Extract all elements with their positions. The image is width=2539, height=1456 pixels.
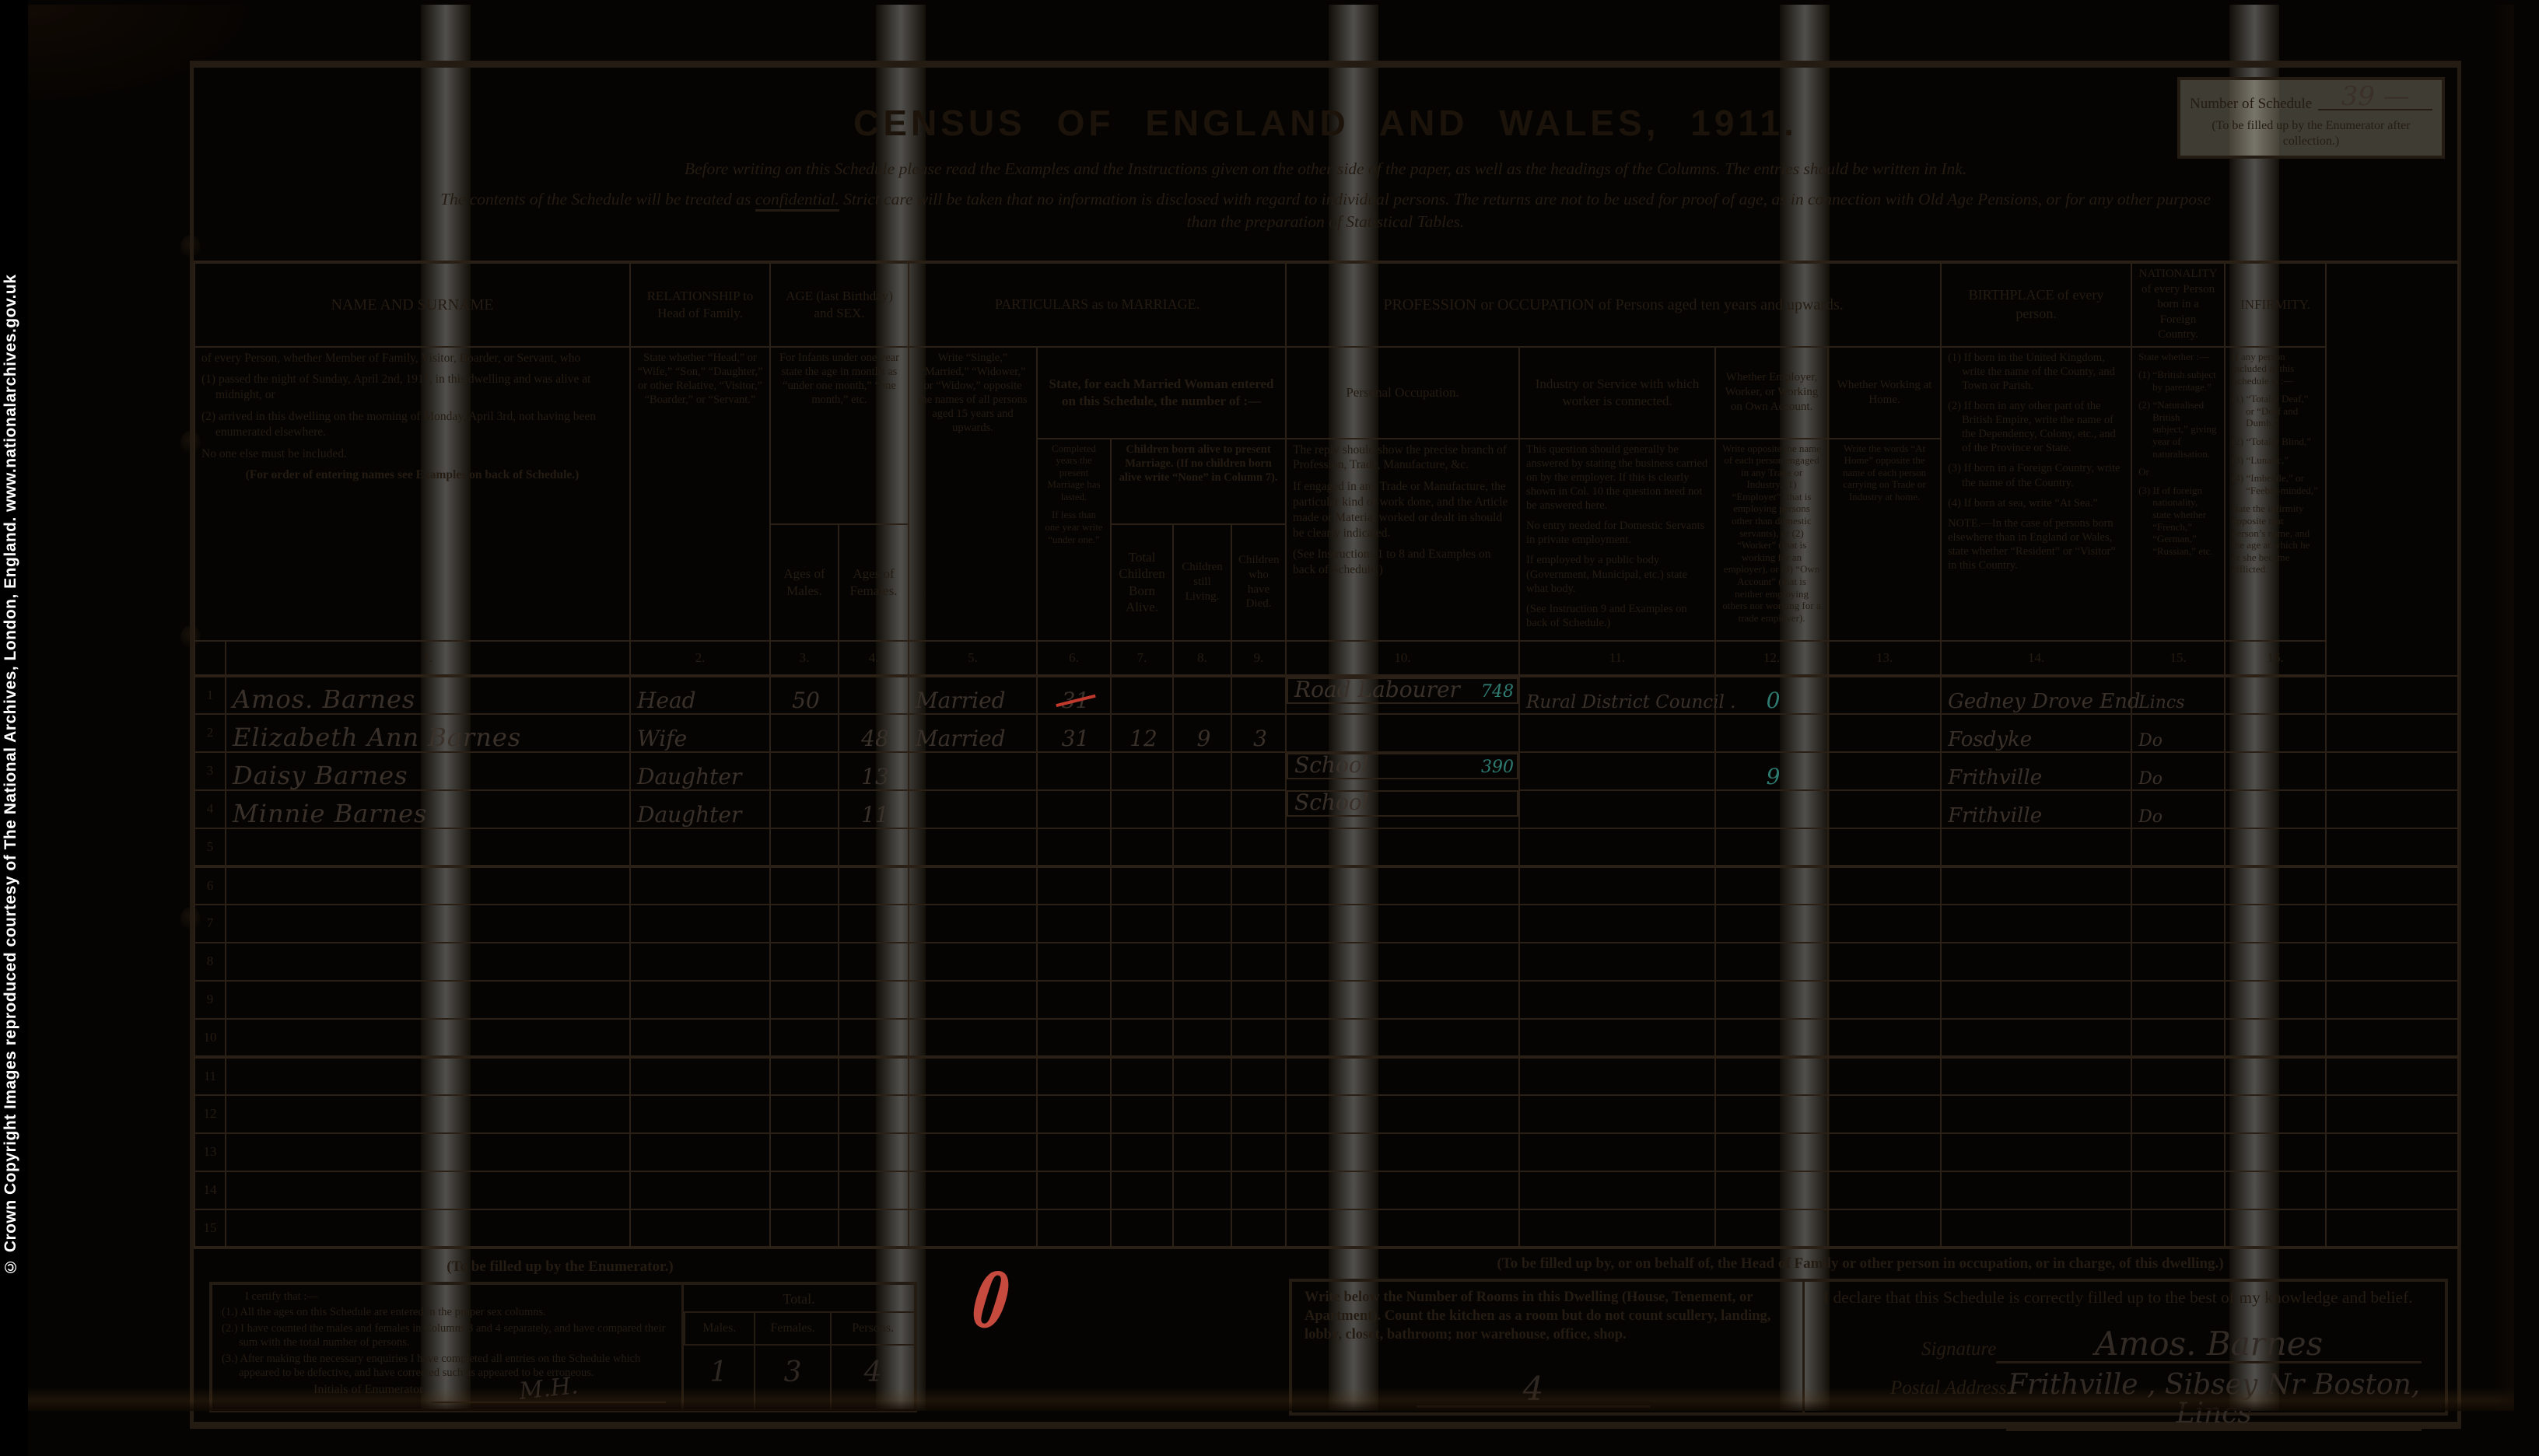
marriage-years-cell (1037, 790, 1111, 828)
initials-line: Initials of Enumerator M.H. (313, 1371, 666, 1402)
children-died-cell (1231, 981, 1286, 1019)
row-number: 15 (194, 1209, 226, 1248)
colnum-1: 1. (226, 641, 630, 676)
total-males-label: Males. (684, 1313, 754, 1346)
marriage-years-cell (1037, 905, 1111, 943)
margin-cell (2326, 1171, 2458, 1209)
birthplace-cell (1941, 905, 2131, 943)
schedule-number-note: (To be filled up by the Enumerator after… (2190, 118, 2432, 149)
margin-cell (2326, 943, 2458, 981)
age-females-cell (839, 943, 909, 981)
declaration-box: Write below the Number of Rooms in this … (1289, 1279, 2448, 1416)
desc-marriage-years: Completed years the present Marriage has… (1037, 439, 1111, 641)
nationality-cell (2131, 1209, 2225, 1248)
marriage-years-cell (1037, 828, 1111, 866)
copyright-strip: © Crown Copyright Images reproduced cour… (0, 0, 28, 1456)
infirmity-cell (2225, 790, 2326, 828)
header-margin (2326, 262, 2458, 676)
children-born-cell (1111, 1019, 1173, 1057)
industry-desc4: (See Instruction 9 and Examples on back … (1526, 602, 1708, 630)
nationality-cell (2131, 1019, 2225, 1057)
birthplace-cell (1941, 943, 2131, 981)
infirmity-cell (2225, 676, 2326, 714)
marriage-status-cell (909, 1133, 1037, 1171)
row-number: 4 (194, 790, 226, 828)
relationship-cell: Wife (630, 714, 770, 752)
relationship-cell (630, 866, 770, 905)
paper-right-shadow (2494, 5, 2514, 1411)
infirmity-cell (2225, 1095, 2326, 1133)
at-home-cell (1828, 1019, 1941, 1057)
industry-cell (1519, 828, 1715, 866)
children-died-cell (1231, 1171, 1286, 1209)
industry-desc3: If employed by a public body (Government… (1526, 553, 1708, 595)
infirmity-intro: If any person included in this Schedule … (2232, 351, 2319, 387)
name-cell (226, 828, 630, 866)
at-home-cell (1828, 1095, 1941, 1133)
age-females-cell (839, 1209, 909, 1248)
birthplace-cell (1941, 1057, 2131, 1095)
name-desc-note2: (For order of entering names see Example… (201, 467, 623, 483)
age-females-cell: 11 (839, 790, 909, 828)
marriage-status-cell: Married (909, 676, 1037, 714)
nationality-cell: Do (2131, 714, 2225, 752)
subheader-employer: Whether Employer, Worker, or Working on … (1715, 347, 1828, 439)
birthplace-cell: Fosdyke (1941, 714, 2131, 752)
form-title: CENSUS OF ENGLAND AND WALES, 1911. (194, 68, 2457, 144)
occupation-cell: School390 (1287, 753, 1518, 779)
employer-cell (1715, 1057, 1828, 1095)
totals-table: Total. Males. Females. Persons. 1 3 4 (681, 1285, 914, 1409)
infirmity-cell (2225, 981, 2326, 1019)
occupation-code: 390 (1481, 759, 1514, 776)
marriage-status-cell (909, 1209, 1037, 1248)
age-males-cell (770, 714, 839, 752)
industry-cell: Rural District Council . (1519, 676, 1715, 714)
row-number: 2 (194, 714, 226, 752)
copyright-text: © Crown Copyright Images reproduced cour… (2, 140, 20, 1276)
children-born-cell (1111, 752, 1173, 790)
marriage-status-cell (909, 752, 1037, 790)
schedule-number-value: 39 — (2318, 85, 2432, 110)
row-number: 6 (194, 866, 226, 905)
age-males-cell (770, 1209, 839, 1248)
confidential-pre: The contents of the Schedule will be tre… (440, 190, 755, 208)
table-row: 6 (194, 866, 2458, 905)
age-males-cell (770, 905, 839, 943)
children-died-cell (1231, 1095, 1286, 1133)
row-number: 13 (194, 1133, 226, 1171)
birthplace-cell (1941, 1133, 2131, 1171)
age-females-cell (839, 828, 909, 866)
table-row: 11 (194, 1057, 2458, 1095)
confidential-line2: than the preparation of Statistical Tabl… (1187, 212, 1465, 231)
industry-desc1: This question should generally be answer… (1526, 443, 1708, 513)
table-row: 12 (194, 1095, 2458, 1133)
age-females-cell: 48 (839, 714, 909, 752)
age-females-cell (839, 1019, 909, 1057)
header-marriage: PARTICULARS as to MARRIAGE. (909, 262, 1286, 347)
children-died-cell (1231, 905, 1286, 943)
desc-married-woman: State, for each Married Woman entered on… (1037, 347, 1286, 439)
children-living-cell (1173, 1057, 1231, 1095)
age-females-cell (839, 1095, 909, 1133)
table-row: 5 (194, 828, 2458, 866)
children-living-cell (1173, 943, 1231, 981)
header-relationship: RELATIONSHIP to Head of Family. (630, 262, 770, 347)
nationality-cell (2131, 1057, 2225, 1095)
name-cell (226, 866, 630, 905)
relationship-cell (630, 981, 770, 1019)
children-living-cell (1173, 905, 1231, 943)
table-row: 7 (194, 905, 2458, 943)
at-home-cell (1828, 981, 1941, 1019)
enumerator-heading: (To be filled up by the Enumerator.) (209, 1258, 911, 1276)
marriage-years-cell: 31 (1037, 676, 1111, 714)
infirmity-cell (2225, 905, 2326, 943)
marriage-status-cell (909, 1057, 1037, 1095)
row-number: 14 (194, 1171, 226, 1209)
margin-cell (2326, 714, 2458, 752)
children-died-cell (1231, 866, 1286, 905)
postal-address-label: Postal Address (1890, 1377, 2006, 1399)
infirmity-cell (2225, 1133, 2326, 1171)
children-born-cell (1111, 828, 1173, 866)
children-died-cell (1231, 1133, 1286, 1171)
marriage-years-cell (1037, 1209, 1111, 1248)
name-cell: Minnie Barnes (226, 790, 630, 828)
nationality-cell: Do (2131, 752, 2225, 790)
birthplace-cell (1941, 828, 2131, 866)
colnum-7: 7. (1111, 641, 1173, 676)
table-row: 13 (194, 1133, 2458, 1171)
marriage-years-cell (1037, 1057, 1111, 1095)
age-males-cell (770, 828, 839, 866)
birthplace-cell: Gedney Drove End (1941, 676, 2131, 714)
label-ages-females: Ages of Females. (839, 524, 909, 641)
occupation-cell: School (1287, 790, 1518, 817)
birthplace-cell: Frithville (1941, 790, 2131, 828)
children-born-cell (1111, 1057, 1173, 1095)
name-cell (226, 1057, 630, 1095)
name-cell (226, 981, 630, 1019)
children-born-cell: 12 (1111, 714, 1173, 752)
marriage-years-cell (1037, 866, 1111, 905)
nationality-cell (2131, 905, 2225, 943)
birthplace-cell: Frithville (1941, 752, 2131, 790)
margin-cell (2326, 828, 2458, 866)
margin-cell (2326, 1057, 2458, 1095)
margin-cell (2326, 1019, 2458, 1057)
census-table: NAME AND SURNAME RELATIONSHIP to Head of… (194, 261, 2459, 1249)
occupation-cell (1286, 714, 1519, 752)
colnum-10: 10. (1286, 641, 1519, 676)
table-row: 15 (194, 1209, 2458, 1248)
children-born-cell (1111, 1171, 1173, 1209)
header-age: AGE (last Birthday) and SEX. (770, 262, 909, 347)
occupation-desc1: The reply should show the precise branch… (1293, 443, 1512, 474)
age-males-cell (770, 790, 839, 828)
occupation-cell (1286, 1209, 1519, 1248)
nationality-item1: (1) “British subject by parentage.” (2138, 369, 2218, 393)
industry-cell (1519, 714, 1715, 752)
children-living-cell (1173, 1019, 1231, 1057)
desc-employer: Write opposite the name of each person e… (1715, 439, 1828, 641)
relationship-cell: Daughter (630, 790, 770, 828)
colnum-11: 11. (1519, 641, 1715, 676)
name-desc-intro: of every Person, whether Member of Famil… (201, 351, 623, 366)
employer-cell (1715, 1095, 1828, 1133)
relationship-cell (630, 1209, 770, 1248)
children-died-cell (1231, 1057, 1286, 1095)
employer-cell (1715, 1171, 1828, 1209)
marriage-status-cell (909, 1019, 1037, 1057)
header-infirmity: INFIRMITY. (2225, 262, 2326, 347)
declaration-statement: I declare that this Schedule is correctl… (1823, 1288, 2426, 1307)
name-desc-item2: (2) arrived in this dwelling on the morn… (201, 409, 623, 440)
children-born-cell (1111, 676, 1173, 714)
desc-marriage-status: Write “Single,” “Married,” “Widower,” or… (909, 347, 1037, 641)
industry-cell (1519, 1019, 1715, 1057)
desc-relationship: State whether “Head,” or “Wife,” “Son,” … (630, 347, 770, 641)
marriage-status-cell (909, 905, 1037, 943)
infirmity-item2: (2) “Totally Blind,” (2232, 436, 2319, 448)
industry-cell (1519, 866, 1715, 905)
margin-cell (2326, 1095, 2458, 1133)
children-born-cell (1111, 866, 1173, 905)
infirmity-item1: (1) “Totally Deaf,” or “Deaf and Dumb,” (2232, 393, 2319, 429)
infirmity-item4: (4) “Imbecile,” or “Feeble-minded,” (2232, 472, 2319, 496)
children-living-cell (1173, 1171, 1231, 1209)
infirmity-cell (2225, 1209, 2326, 1248)
colnum-9: 9. (1231, 641, 1286, 676)
name-cell: Amos. Barnes (226, 676, 630, 714)
label-ages-males: Ages of Males. (770, 524, 839, 641)
table-row: 3Daisy BarnesDaughter13School3909Frithvi… (194, 752, 2458, 790)
occupation-cell (1286, 1057, 1519, 1095)
age-males-cell (770, 1171, 839, 1209)
confidential-word: confidential. (755, 190, 839, 212)
relationship-cell (630, 1019, 770, 1057)
children-born-cell (1111, 1095, 1173, 1133)
signature-value: Amos. Barnes (1996, 1327, 2422, 1363)
infirmity-cell (2225, 828, 2326, 866)
margin-cell (2326, 1209, 2458, 1248)
colnum-13: 13. (1828, 641, 1941, 676)
margin-cell (2326, 905, 2458, 943)
rooms-text: Write below the Number of Rooms in this … (1305, 1290, 1770, 1342)
name-cell: Elizabeth Ann Barnes (226, 714, 630, 752)
initials-value: M.H. (518, 1371, 580, 1407)
margin-cell (2326, 1133, 2458, 1171)
industry-cell (1519, 1133, 1715, 1171)
birthplace-item1: (1) If born in the United Kingdom, write… (1948, 351, 2124, 393)
at-home-cell (1828, 676, 1941, 714)
employer-cell (1715, 866, 1828, 905)
nationality-cell: Lincs (2131, 676, 2225, 714)
certify-intro: I certify that :— (222, 1290, 672, 1304)
birthplace-item2: (2) If born in any other part of the Bri… (1948, 399, 2124, 456)
infirmity-outro: state the infirmity opposite that person… (2232, 502, 2319, 576)
nationality-cell (2131, 866, 2225, 905)
age-males-cell (770, 752, 839, 790)
occupation-cell: Road Labourer748 (1287, 677, 1518, 704)
colnum-14: 14. (1941, 641, 2131, 676)
employer-cell (1715, 943, 1828, 981)
at-home-cell (1828, 1057, 1941, 1095)
desc-birthplace: (1) If born in the United Kingdom, write… (1941, 347, 2131, 641)
enumerator-box: I certify that :— (1.) All the ages on t… (209, 1282, 917, 1412)
header-birthplace: BIRTHPLACE of every person. (1941, 262, 2131, 347)
age-males-cell (770, 1019, 839, 1057)
birthplace-item3: (3) If born in a Foreign Country, write … (1948, 461, 2124, 489)
declaration-section: I declare that this Schedule is correctl… (1805, 1282, 2445, 1412)
nationality-cell (2131, 943, 2225, 981)
occupation-cell (1286, 1133, 1519, 1171)
name-cell (226, 905, 630, 943)
age-females-cell: 13 (839, 752, 909, 790)
birthplace-cell (1941, 1171, 2131, 1209)
name-desc-item1: (1) passed the night of Sunday, April 2n… (201, 372, 623, 403)
relationship-cell: Daughter (630, 752, 770, 790)
scanned-census-page: © Crown Copyright Images reproduced cour… (0, 0, 2539, 1456)
nationality-cell (2131, 828, 2225, 866)
relationship-cell (630, 1095, 770, 1133)
infirmity-cell (2225, 752, 2326, 790)
nationality-item3: (3) If of foreign nationality, state whe… (2138, 485, 2218, 558)
at-home-cell (1828, 866, 1941, 905)
desc-industry: This question should generally be answer… (1519, 439, 1715, 641)
industry-cell (1519, 790, 1715, 828)
occupation-text: School (1294, 754, 1369, 776)
children-born-cell (1111, 1133, 1173, 1171)
occupation-cell (1286, 943, 1519, 981)
children-living-cell (1173, 1095, 1231, 1133)
industry-cell (1519, 981, 1715, 1019)
age-females-cell (839, 866, 909, 905)
colnum-4: 4. (839, 641, 909, 676)
children-living-cell (1173, 790, 1231, 828)
nationality-intro: State whether :— (2138, 351, 2218, 363)
margin-cell (2326, 866, 2458, 905)
occupation-cell (1286, 866, 1519, 905)
table-row: 14 (194, 1171, 2458, 1209)
schedule-number-box: Number of Schedule 39 — (To be filled up… (2177, 77, 2445, 159)
desc-age: For Infants under one year state the age… (770, 347, 909, 524)
table-row: 1Amos. BarnesHead50Married31Road Laboure… (194, 676, 2458, 714)
birthplace-cell (1941, 1095, 2131, 1133)
desc-nationality: State whether :— (1) “British subject by… (2131, 347, 2225, 641)
birthplace-note: NOTE.—In the case of persons born elsewh… (1948, 516, 2124, 573)
relationship-cell: Head (630, 676, 770, 714)
subheader-industry: Industry or Service with which worker is… (1519, 347, 1715, 439)
at-home-cell (1828, 752, 1941, 790)
total-females-label: Females. (754, 1313, 831, 1346)
marriage-years-cell: 31 (1037, 714, 1111, 752)
children-living-cell (1173, 981, 1231, 1019)
employer-cell (1715, 981, 1828, 1019)
header-nationality: NATIONALITY of every Person born in a Fo… (2131, 262, 2225, 347)
signature-line: Signature Amos. Barnes (1921, 1327, 2422, 1363)
at-home-cell (1828, 943, 1941, 981)
relationship-cell (630, 943, 770, 981)
employer-cell (1715, 714, 1828, 752)
label-children-died: Children who have Died. (1231, 524, 1286, 641)
row-number: 3 (194, 752, 226, 790)
nationality-item2: (2) “Naturalised British subject,” givin… (2138, 399, 2218, 460)
table-row: 2Elizabeth Ann BarnesWife48Married311293… (194, 714, 2458, 752)
margin-cell (2326, 676, 2458, 714)
name-cell (226, 1019, 630, 1057)
marriage-years-cell (1037, 1019, 1111, 1057)
row-number: 10 (194, 1019, 226, 1057)
colnum-8: 8. (1173, 641, 1231, 676)
total-persons-label: Persons. (830, 1313, 914, 1346)
relationship-cell (630, 1057, 770, 1095)
age-females-cell (839, 676, 909, 714)
marriage-status-cell (909, 790, 1037, 828)
name-desc-note1: No one else must be included. (201, 446, 623, 462)
industry-cell (1519, 1057, 1715, 1095)
table-row: 8 (194, 943, 2458, 981)
years-desc: Completed years the present Marriage has… (1044, 443, 1104, 503)
industry-cell (1519, 1209, 1715, 1248)
postal-address-line: Postal Address Frithville , Sibsey Nr Bo… (1890, 1370, 2422, 1432)
marriage-status-cell (909, 943, 1037, 981)
marriage-status-cell (909, 1171, 1037, 1209)
row-number: 5 (194, 828, 226, 866)
children-died-cell (1231, 676, 1286, 714)
colnum-5: 5. (909, 641, 1037, 676)
birthplace-cell (1941, 1209, 2131, 1248)
children-living-cell: 9 (1173, 714, 1231, 752)
desc-occupation: The reply should show the precise branch… (1286, 439, 1519, 641)
employer-cell (1715, 1019, 1828, 1057)
confidential-post: Strict care will be taken that no inform… (839, 190, 2211, 208)
initials-label: Initials of Enumerator (313, 1382, 423, 1398)
nationality-cell (2131, 1171, 2225, 1209)
occupation-code: 748 (1481, 684, 1514, 701)
marriage-years-cell (1037, 981, 1111, 1019)
table-row: 9 (194, 981, 2458, 1019)
row-number: 7 (194, 905, 226, 943)
infirmity-cell (2225, 866, 2326, 905)
children-living-cell (1173, 1209, 1231, 1248)
colnum-12: 12. (1715, 641, 1828, 676)
certify-item1: (1.) All the ages on this Schedule are e… (222, 1305, 672, 1320)
age-males-cell: 50 (770, 676, 839, 714)
children-born-cell (1111, 943, 1173, 981)
row-number: 11 (194, 1057, 226, 1095)
name-cell (226, 1209, 630, 1248)
total-males-value: 1 (684, 1346, 754, 1409)
employer-cell (1715, 790, 1828, 828)
row-number: 12 (194, 1095, 226, 1133)
children-born-cell (1111, 1209, 1173, 1248)
declaration-heading: (To be filled up by, or on behalf of, th… (1279, 1255, 2442, 1272)
rooms-section: Write below the Number of Rooms in this … (1292, 1282, 1805, 1412)
occupation-cell (1286, 981, 1519, 1019)
at-home-cell (1828, 1133, 1941, 1171)
infirmity-cell (2225, 1171, 2326, 1209)
subheader-occupation: Personal Occupation. (1286, 347, 1519, 439)
employer-cell (1715, 1209, 1828, 1248)
birthplace-cell (1941, 1019, 2131, 1057)
certify-item2: (2.) I have counted the males and female… (222, 1321, 672, 1350)
desc-at-home: Write the words “At Home” opposite the n… (1828, 439, 1941, 641)
label-children-living: Children still Living. (1173, 524, 1231, 641)
children-born-cell (1111, 905, 1173, 943)
